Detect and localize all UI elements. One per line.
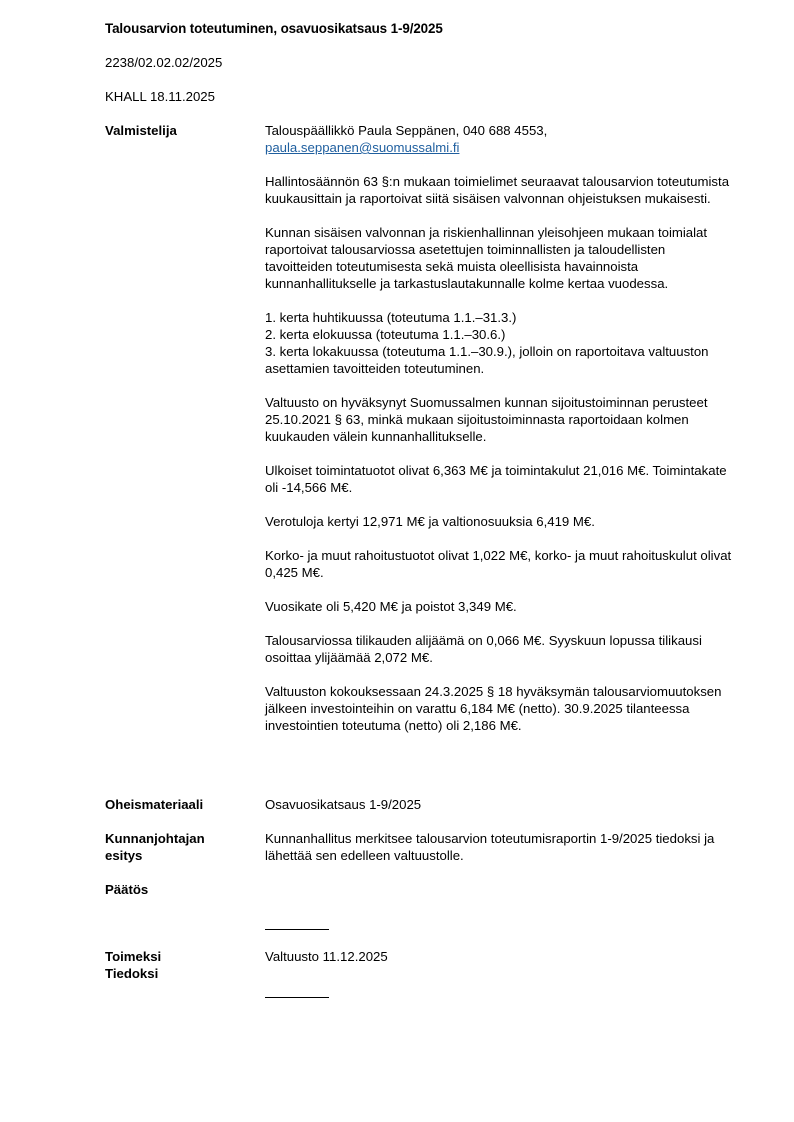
document-title: Talousarvion toteutuminen, osavuosikatsa…	[105, 20, 443, 37]
section-label-toimeksi: Toimeksi Tiedoksi	[105, 948, 255, 982]
attachment-name[interactable]: Osavuosikatsaus 1-9/2025	[265, 796, 735, 813]
meeting-info: KHALL 18.11.2025	[105, 88, 215, 105]
section-label-esitys: Kunnanjohtajan esitys	[105, 830, 255, 864]
paragraph: Ulkoiset toimintatuotot olivat 6,363 M€ …	[265, 462, 735, 496]
list-item: 2. kerta elokuussa (toteutuma 1.1.–30.6.…	[265, 327, 505, 342]
preparer-contact: Talouspäällikkö Paula Seppänen, 040 688 …	[265, 122, 735, 156]
preparer-name: Talouspäällikkö Paula Seppänen, 040 688 …	[265, 123, 547, 138]
paragraph: Valtuusto on hyväksynyt Suomussalmen kun…	[265, 394, 735, 445]
divider-line	[265, 997, 329, 998]
paragraph: Kunnan sisäisen valvonnan ja riskienhall…	[265, 224, 735, 292]
list-item: 3. kerta lokakuussa (toteutuma 1.1.–30.9…	[265, 344, 709, 376]
toimeksi-recipient: Valtuusto 11.12.2025	[265, 948, 735, 965]
section-label-oheismateriaali: Oheismateriaali	[105, 796, 255, 813]
section-label-valmistelija: Valmistelija	[105, 122, 255, 139]
paragraph: Talousarviossa tilikauden alijäämä on 0,…	[265, 632, 735, 666]
reference-number: 2238/02.02.02/2025	[105, 54, 222, 71]
paragraph: Hallintosäännön 63 §:n mukaan toimielime…	[265, 173, 735, 207]
proposal-text: Kunnanhallitus merkitsee talousarvion to…	[265, 830, 735, 864]
paragraph: Valtuuston kokouksessaan 24.3.2025 § 18 …	[265, 683, 735, 734]
paragraph: Korko- ja muut rahoitustuotot olivat 1,0…	[265, 547, 735, 581]
section-content-valmistelija: Talouspäällikkö Paula Seppänen, 040 688 …	[265, 122, 735, 734]
paragraph: Verotuloja kertyi 12,971 M€ ja valtionos…	[265, 513, 735, 530]
preparer-email-link[interactable]: paula.seppanen@suomussalmi.fi	[265, 140, 459, 155]
section-label-paatos: Päätös	[105, 881, 255, 898]
paragraph: Vuosikate oli 5,420 M€ ja poistot 3,349 …	[265, 598, 735, 615]
list-item: 1. kerta huhtikuussa (toteutuma 1.1.–31.…	[265, 310, 516, 325]
divider-line	[265, 929, 329, 930]
reporting-schedule-list: 1. kerta huhtikuussa (toteutuma 1.1.–31.…	[265, 309, 735, 377]
